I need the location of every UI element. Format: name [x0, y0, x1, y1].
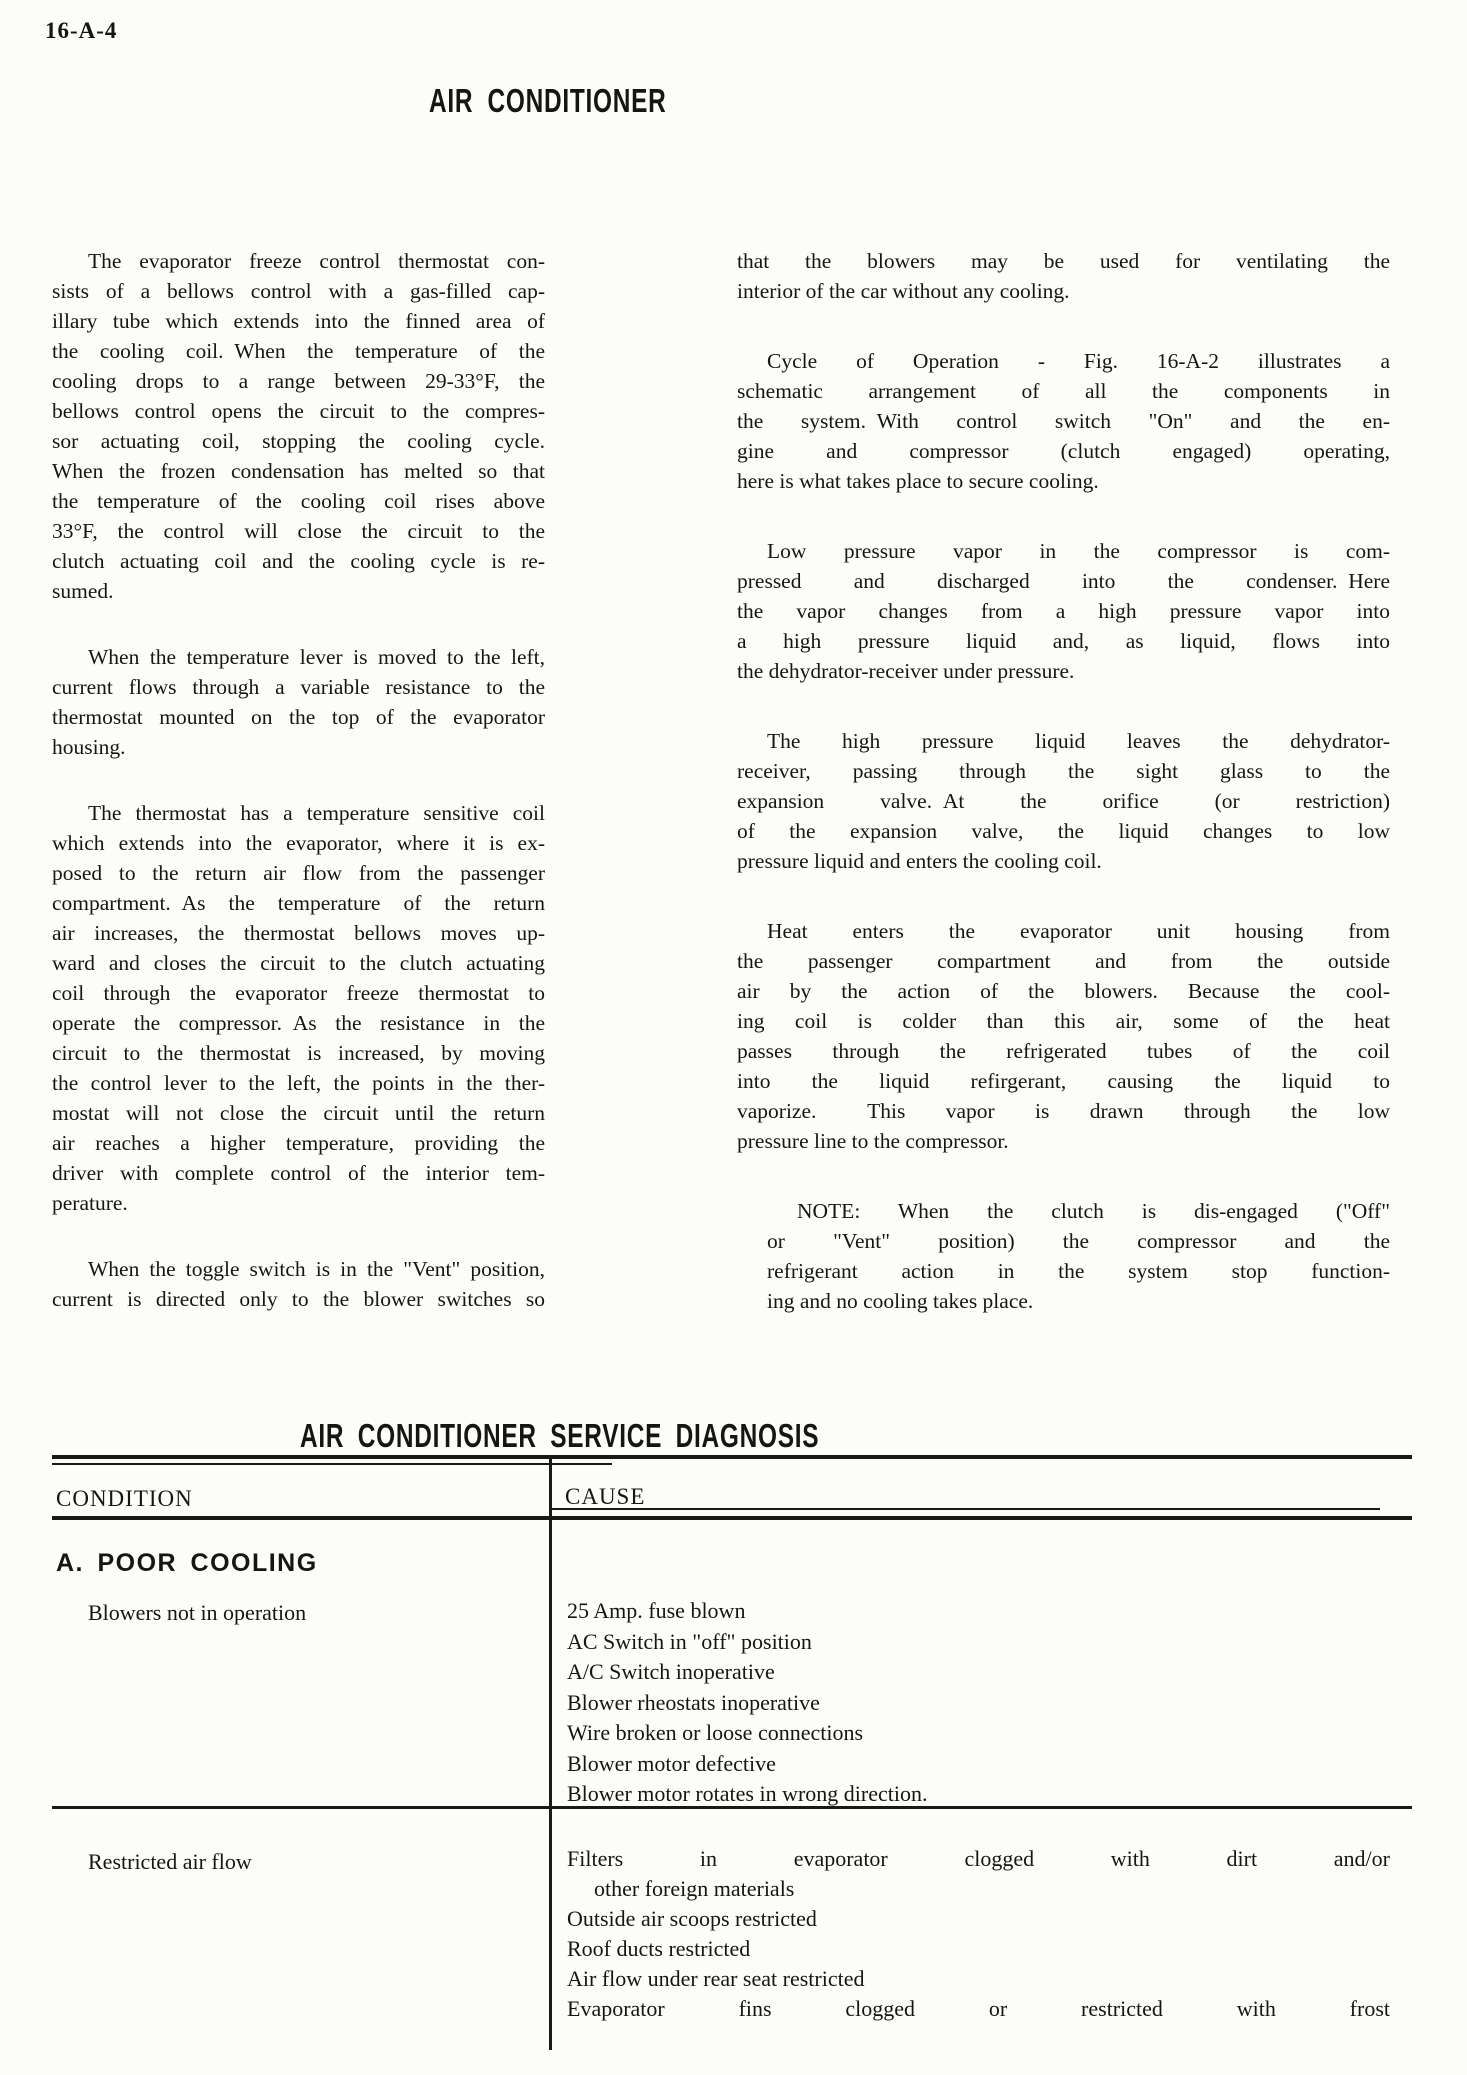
- text-line: air reaches a higher temperature, provid…: [52, 1128, 545, 1158]
- text-line: thermostat mounted on the top of the eva…: [52, 702, 545, 732]
- text-line: the passenger compartment and from the o…: [737, 946, 1390, 976]
- text-line: which extends into the evaporator, where…: [52, 828, 545, 858]
- cause-line: Blower motor rotates in wrong direction.: [567, 1779, 1390, 1810]
- text-line: When the toggle switch is in the "Vent" …: [52, 1254, 545, 1284]
- paragraph: Low pressure vapor in the compressor is …: [737, 536, 1390, 686]
- text-line: vaporize. This vapor is drawn through th…: [737, 1096, 1390, 1126]
- text-line: compartment. As the temperature of the r…: [52, 888, 545, 918]
- text-line: The thermostat has a temperature sensiti…: [52, 798, 545, 828]
- paragraph: Heat enters the evaporator unit housing …: [737, 916, 1390, 1156]
- text-line: cooling drops to a range between 29-33°F…: [52, 366, 545, 396]
- text-line: expansion valve. At the orifice (or rest…: [737, 786, 1390, 816]
- cause-line: other foreign materials: [567, 1874, 1390, 1904]
- section-heading-poor-cooling: A. POOR COOLING: [56, 1549, 318, 1578]
- text-line: 33°F, the control will close the circuit…: [52, 516, 545, 546]
- page-number: 16-A-4: [45, 18, 117, 44]
- note-paragraph: NOTE: When the clutch is dis-engaged ("O…: [737, 1196, 1390, 1316]
- text-line: housing.: [52, 732, 545, 762]
- text-line: ing coil is colder than this air, some o…: [737, 1006, 1390, 1036]
- text-line: ward and closes the circuit to the clutc…: [52, 948, 545, 978]
- text-line: Low pressure vapor in the compressor is …: [737, 536, 1390, 566]
- text-line: the vapor changes from a high pressure v…: [737, 596, 1390, 626]
- text-line: Heat enters the evaporator unit housing …: [737, 916, 1390, 946]
- text-line: driver with complete control of the inte…: [52, 1158, 545, 1188]
- text-line: circuit to the thermostat is increased, …: [52, 1038, 545, 1068]
- page-title: AIR CONDITIONER: [429, 82, 667, 120]
- text-line: coil through the evaporator freeze therm…: [52, 978, 545, 1008]
- paragraph: The thermostat has a temperature sensiti…: [52, 798, 545, 1218]
- text-line: current flows through a variable resista…: [52, 672, 545, 702]
- paragraph: Cycle of Operation - Fig. 16-A-2 illustr…: [737, 346, 1390, 496]
- text-line: refrigerant action in the system stop fu…: [767, 1256, 1390, 1286]
- text-line: interior of the car without any cooling.: [737, 276, 1390, 306]
- cause-line: Air flow under rear seat restricted: [567, 1964, 1390, 1994]
- text-line: current is directed only to the blower s…: [52, 1284, 545, 1314]
- right-column: that the blowers may be used for ventila…: [737, 246, 1390, 1356]
- cause-line: AC Switch in "off" position: [567, 1627, 1390, 1658]
- text-line: sor actuating coil, stopping the cooling…: [52, 426, 545, 456]
- left-column: The evaporator freeze control thermostat…: [52, 246, 545, 1350]
- paragraph: The high pressure liquid leaves the dehy…: [737, 726, 1390, 876]
- text-line: the control lever to the left, the point…: [52, 1068, 545, 1098]
- text-line: The evaporator freeze control thermostat…: [52, 246, 545, 276]
- text-line: sists of a bellows control with a gas-fi…: [52, 276, 545, 306]
- text-line: schematic arrangement of all the compone…: [737, 376, 1390, 406]
- text-line: the system. With control switch "On" and…: [737, 406, 1390, 436]
- text-line: air increases, the thermostat bellows mo…: [52, 918, 545, 948]
- text-line: The high pressure liquid leaves the dehy…: [737, 726, 1390, 756]
- column-header-condition: CONDITION: [56, 1486, 193, 1512]
- text-line: air by the action of the blowers. Becaus…: [737, 976, 1390, 1006]
- cause-line: Filters in evaporator clogged with dirt …: [567, 1844, 1390, 1874]
- text-line: ing and no cooling takes place.: [767, 1286, 1390, 1316]
- table-border-top-double: [52, 1463, 612, 1465]
- text-line: operate the compressor. As the resistanc…: [52, 1008, 545, 1038]
- table-header-rule: [52, 1516, 1412, 1520]
- text-line: a high pressure liquid and, as liquid, f…: [737, 626, 1390, 656]
- paragraph: The evaporator freeze control thermostat…: [52, 246, 545, 606]
- text-line: perature.: [52, 1188, 545, 1218]
- text-line: NOTE: When the clutch is dis-engaged ("O…: [767, 1196, 1390, 1226]
- text-line: When the frozen condensation has melted …: [52, 456, 545, 486]
- text-line: the cooling coil. When the temperature o…: [52, 336, 545, 366]
- cause-line: Evaporator fins clogged or restricted wi…: [567, 1994, 1390, 2024]
- table-column-divider: [549, 1455, 552, 2050]
- text-line: clutch actuating coil and the cooling cy…: [52, 546, 545, 576]
- text-line: here is what takes place to secure cooli…: [737, 466, 1390, 496]
- condition-label: Blowers not in operation: [88, 1600, 306, 1626]
- text-line: mostat will not close the circuit until …: [52, 1098, 545, 1128]
- cause-line: A/C Switch inoperative: [567, 1657, 1390, 1688]
- text-line: When the temperature lever is moved to t…: [52, 642, 545, 672]
- cause-line: Blower rheostats inoperative: [567, 1688, 1390, 1719]
- text-line: Cycle of Operation - Fig. 16-A-2 illustr…: [737, 346, 1390, 376]
- text-line: into the liquid refirgerant, causing the…: [737, 1066, 1390, 1096]
- cause-line: Roof ducts restricted: [567, 1934, 1390, 1964]
- paragraph: When the temperature lever is moved to t…: [52, 642, 545, 762]
- text-line: the dehydrator-receiver under pressure.: [737, 656, 1390, 686]
- text-line: bellows control opens the circuit to the…: [52, 396, 545, 426]
- text-line: pressed and discharged into the condense…: [737, 566, 1390, 596]
- text-line: or "Vent" position) the compressor and t…: [767, 1226, 1390, 1256]
- cause-line: Wire broken or loose connections: [567, 1718, 1390, 1749]
- paragraph: When the toggle switch is in the "Vent" …: [52, 1254, 545, 1314]
- text-line: sumed.: [52, 576, 545, 606]
- text-line: gine and compressor (clutch engaged) ope…: [737, 436, 1390, 466]
- cause-line: 25 Amp. fuse blown: [567, 1596, 1390, 1627]
- cause-line: Blower motor defective: [567, 1749, 1390, 1780]
- paragraph: that the blowers may be used for ventila…: [737, 246, 1390, 306]
- text-line: the temperature of the cooling coil rise…: [52, 486, 545, 516]
- table-header-rule-thin: [550, 1508, 1380, 1510]
- text-line: passes through the refrigerated tubes of…: [737, 1036, 1390, 1066]
- diagnosis-title: AIR CONDITIONER SERVICE DIAGNOSIS: [300, 1417, 819, 1455]
- cause-list: 25 Amp. fuse blownAC Switch in "off" pos…: [567, 1596, 1390, 1810]
- text-line: pressure liquid and enters the cooling c…: [737, 846, 1390, 876]
- table-border-top: [52, 1455, 1412, 1459]
- condition-label: Restricted air flow: [88, 1849, 252, 1875]
- cause-list: Filters in evaporator clogged with dirt …: [567, 1844, 1390, 2024]
- column-header-cause: CAUSE: [565, 1484, 645, 1510]
- text-line: pressure line to the compressor.: [737, 1126, 1390, 1156]
- text-line: that the blowers may be used for ventila…: [737, 246, 1390, 276]
- text-line: posed to the return air flow from the pa…: [52, 858, 545, 888]
- text-line: illary tube which extends into the finne…: [52, 306, 545, 336]
- cause-line: Outside air scoops restricted: [567, 1904, 1390, 1934]
- text-line: receiver, passing through the sight glas…: [737, 756, 1390, 786]
- text-line: of the expansion valve, the liquid chang…: [737, 816, 1390, 846]
